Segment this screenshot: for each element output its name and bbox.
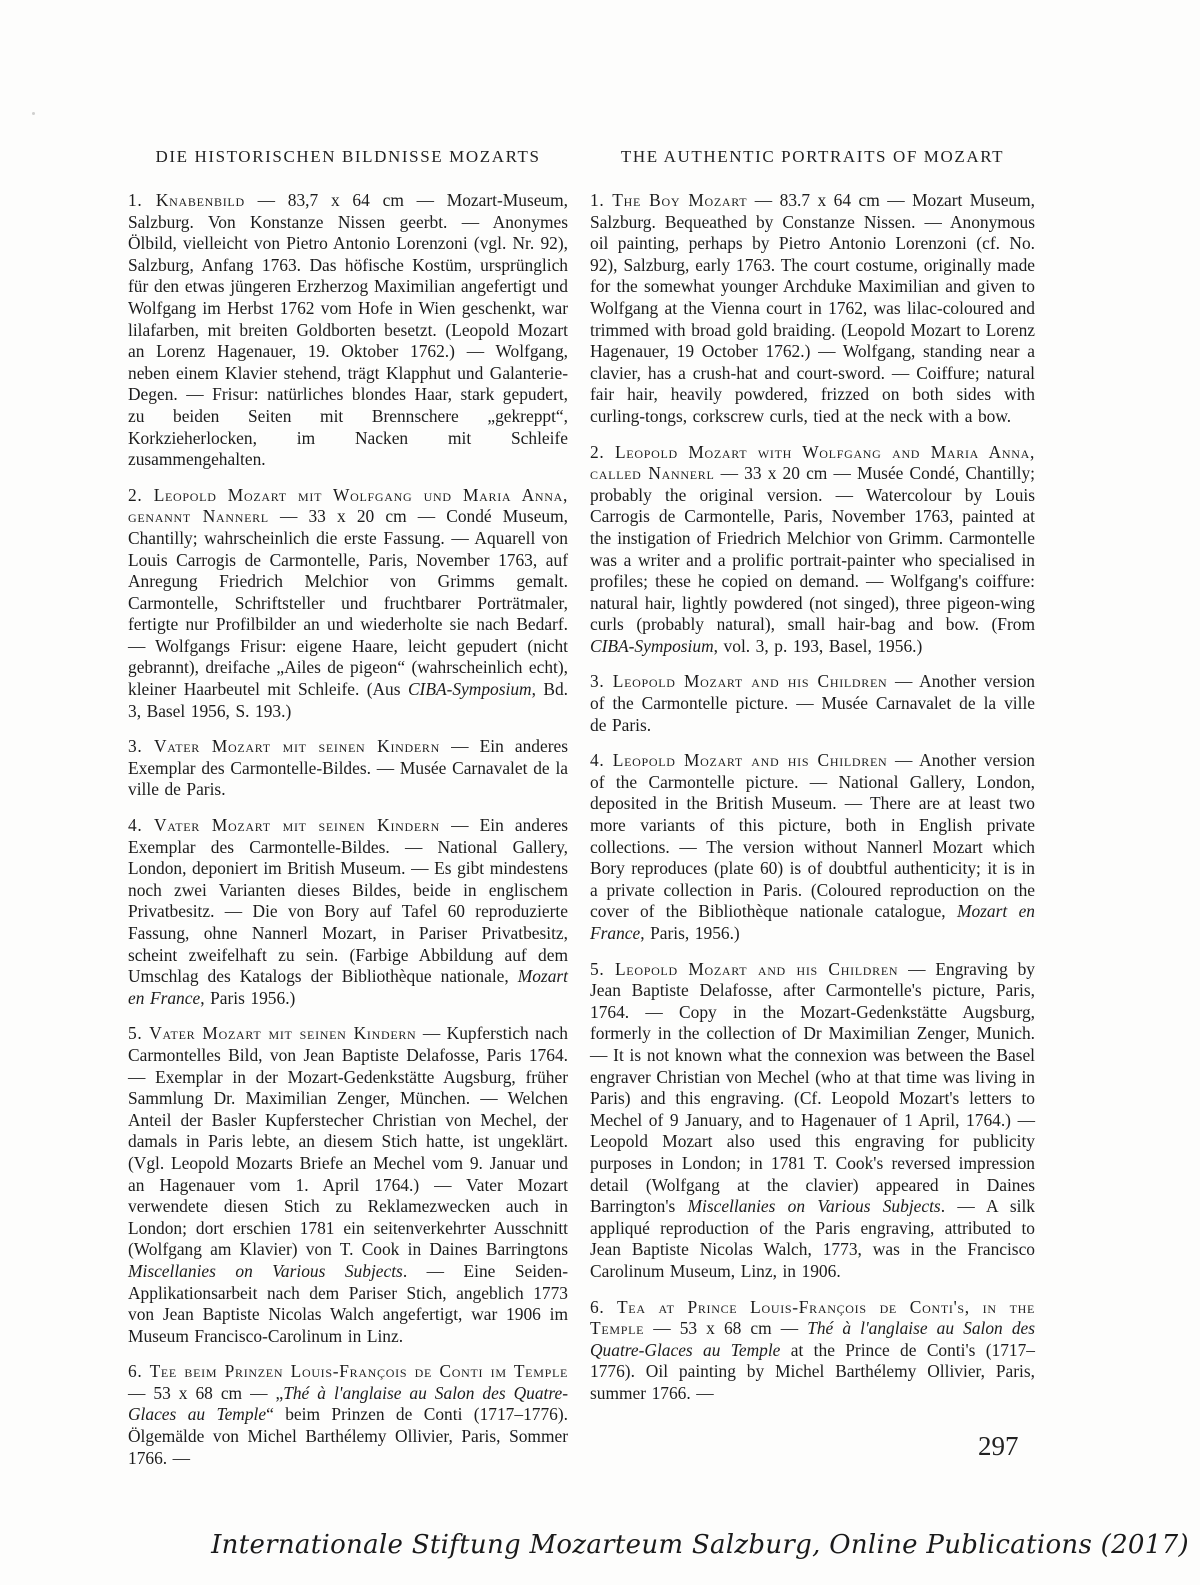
text-segment-normal: , Paris, 1956.): [640, 923, 740, 943]
english-column-header: THE AUTHENTIC PORTRAITS OF MOZART: [590, 147, 1035, 167]
publication-footer: Internationale Stiftung Mozarteum Salzbu…: [200, 1530, 1200, 1560]
text-segment-normal: , Paris 1956.): [200, 988, 295, 1008]
catalogue-entry-3-de: 3. Vater Mozart mit seinen Kindern — Ein…: [128, 736, 568, 801]
text-segment-smallcaps: 5. Leopold Mozart and his Children: [590, 959, 898, 979]
text-segment-italic: CIBA-Symposium: [590, 636, 714, 656]
scan-artifact-dot: [32, 112, 35, 115]
catalogue-entry-6-de: 6. Tee beim Prinzen Louis-François de Co…: [128, 1361, 568, 1469]
catalogue-entry-1-de: 1. Knabenbild — 83,7 x 64 cm — Mozart-Mu…: [128, 190, 568, 471]
text-segment-normal: , vol. 3, p. 193, Basel, 1956.): [714, 636, 923, 656]
text-segment-smallcaps: 6. Tee beim Prinzen Louis-François de Co…: [128, 1361, 568, 1381]
text-segment-smallcaps: 1. The Boy Mozart: [590, 190, 747, 210]
text-segment-smallcaps: 4. Leopold Mozart and his Children: [590, 750, 887, 770]
text-segment-normal: — 83.7 x 64 cm — Mozart Museum, Salzburg…: [590, 190, 1035, 426]
catalogue-entry-6-en: 6. Tea at Prince Louis-François de Conti…: [590, 1297, 1035, 1405]
two-column-text-block: DIE HISTORISCHEN BILDNISSE MOZARTS 1. Kn…: [128, 147, 1035, 1469]
text-segment-normal: — 33 x 20 cm — Condé Museum, Chantilly; …: [128, 506, 568, 699]
text-segment-smallcaps: 3. Vater Mozart mit seinen Kindern: [128, 736, 440, 756]
english-column-entries: 1. The Boy Mozart — 83.7 x 64 cm — Mozar…: [590, 190, 1035, 1404]
catalogue-entry-2-de: 2. Leopold Mozart mit Wolfgang und Maria…: [128, 485, 568, 723]
catalogue-entry-4-en: 4. Leopold Mozart and his Children — Ano…: [590, 750, 1035, 944]
text-segment-normal: — 33 x 20 cm — Musée Condé, Chantilly; p…: [590, 463, 1035, 634]
scanned-book-page: DIE HISTORISCHEN BILDNISSE MOZARTS 1. Kn…: [0, 0, 1200, 1585]
text-segment-italic: Miscellanies on Various Subjects: [688, 1196, 941, 1216]
german-column: DIE HISTORISCHEN BILDNISSE MOZARTS 1. Kn…: [128, 147, 568, 1469]
text-segment-normal: — 53 x 68 cm —: [644, 1318, 807, 1338]
text-segment-smallcaps: 4. Vater Mozart mit seinen Kindern: [128, 815, 440, 835]
text-segment-italic: CIBA-Symposium: [408, 679, 532, 699]
catalogue-entry-1-en: 1. The Boy Mozart — 83.7 x 64 cm — Mozar…: [590, 190, 1035, 428]
catalogue-entry-4-de: 4. Vater Mozart mit seinen Kindern — Ein…: [128, 815, 568, 1009]
text-segment-smallcaps: 5. Vater Mozart mit seinen Kindern: [128, 1023, 416, 1043]
text-segment-normal: — Another version of the Carmontelle pic…: [590, 750, 1035, 921]
german-column-entries: 1. Knabenbild — 83,7 x 64 cm — Mozart-Mu…: [128, 190, 568, 1469]
text-segment-normal: — Ein anderes Exemplar des Carmontelle-B…: [128, 815, 568, 986]
catalogue-entry-5-de: 5. Vater Mozart mit seinen Kindern — Kup…: [128, 1023, 568, 1347]
text-segment-normal: — Kupferstich nach Carmontelles Bild, vo…: [128, 1023, 568, 1259]
text-segment-normal: — 83,7 x 64 cm — Mozart-Museum, Salzburg…: [128, 190, 568, 469]
text-segment-normal: — 53 x 68 cm — „: [128, 1383, 283, 1403]
catalogue-entry-5-en: 5. Leopold Mozart and his Children — Eng…: [590, 959, 1035, 1283]
catalogue-entry-2-en: 2. Leopold Mozart with Wolfgang and Mari…: [590, 442, 1035, 658]
german-column-header: DIE HISTORISCHEN BILDNISSE MOZARTS: [128, 147, 568, 167]
catalogue-entry-3-en: 3. Leopold Mozart and his Children — Ano…: [590, 671, 1035, 736]
english-column: THE AUTHENTIC PORTRAITS OF MOZART 1. The…: [590, 147, 1035, 1469]
text-segment-smallcaps: 1. Knabenbild: [128, 190, 245, 210]
text-segment-italic: Miscellanies on Various Subjects: [128, 1261, 403, 1281]
text-segment-smallcaps: 3. Leopold Mozart and his Children: [590, 671, 887, 691]
text-segment-normal: — Engraving by Jean Baptiste Delafosse, …: [590, 959, 1035, 1217]
page-number: 297: [978, 1431, 1019, 1462]
